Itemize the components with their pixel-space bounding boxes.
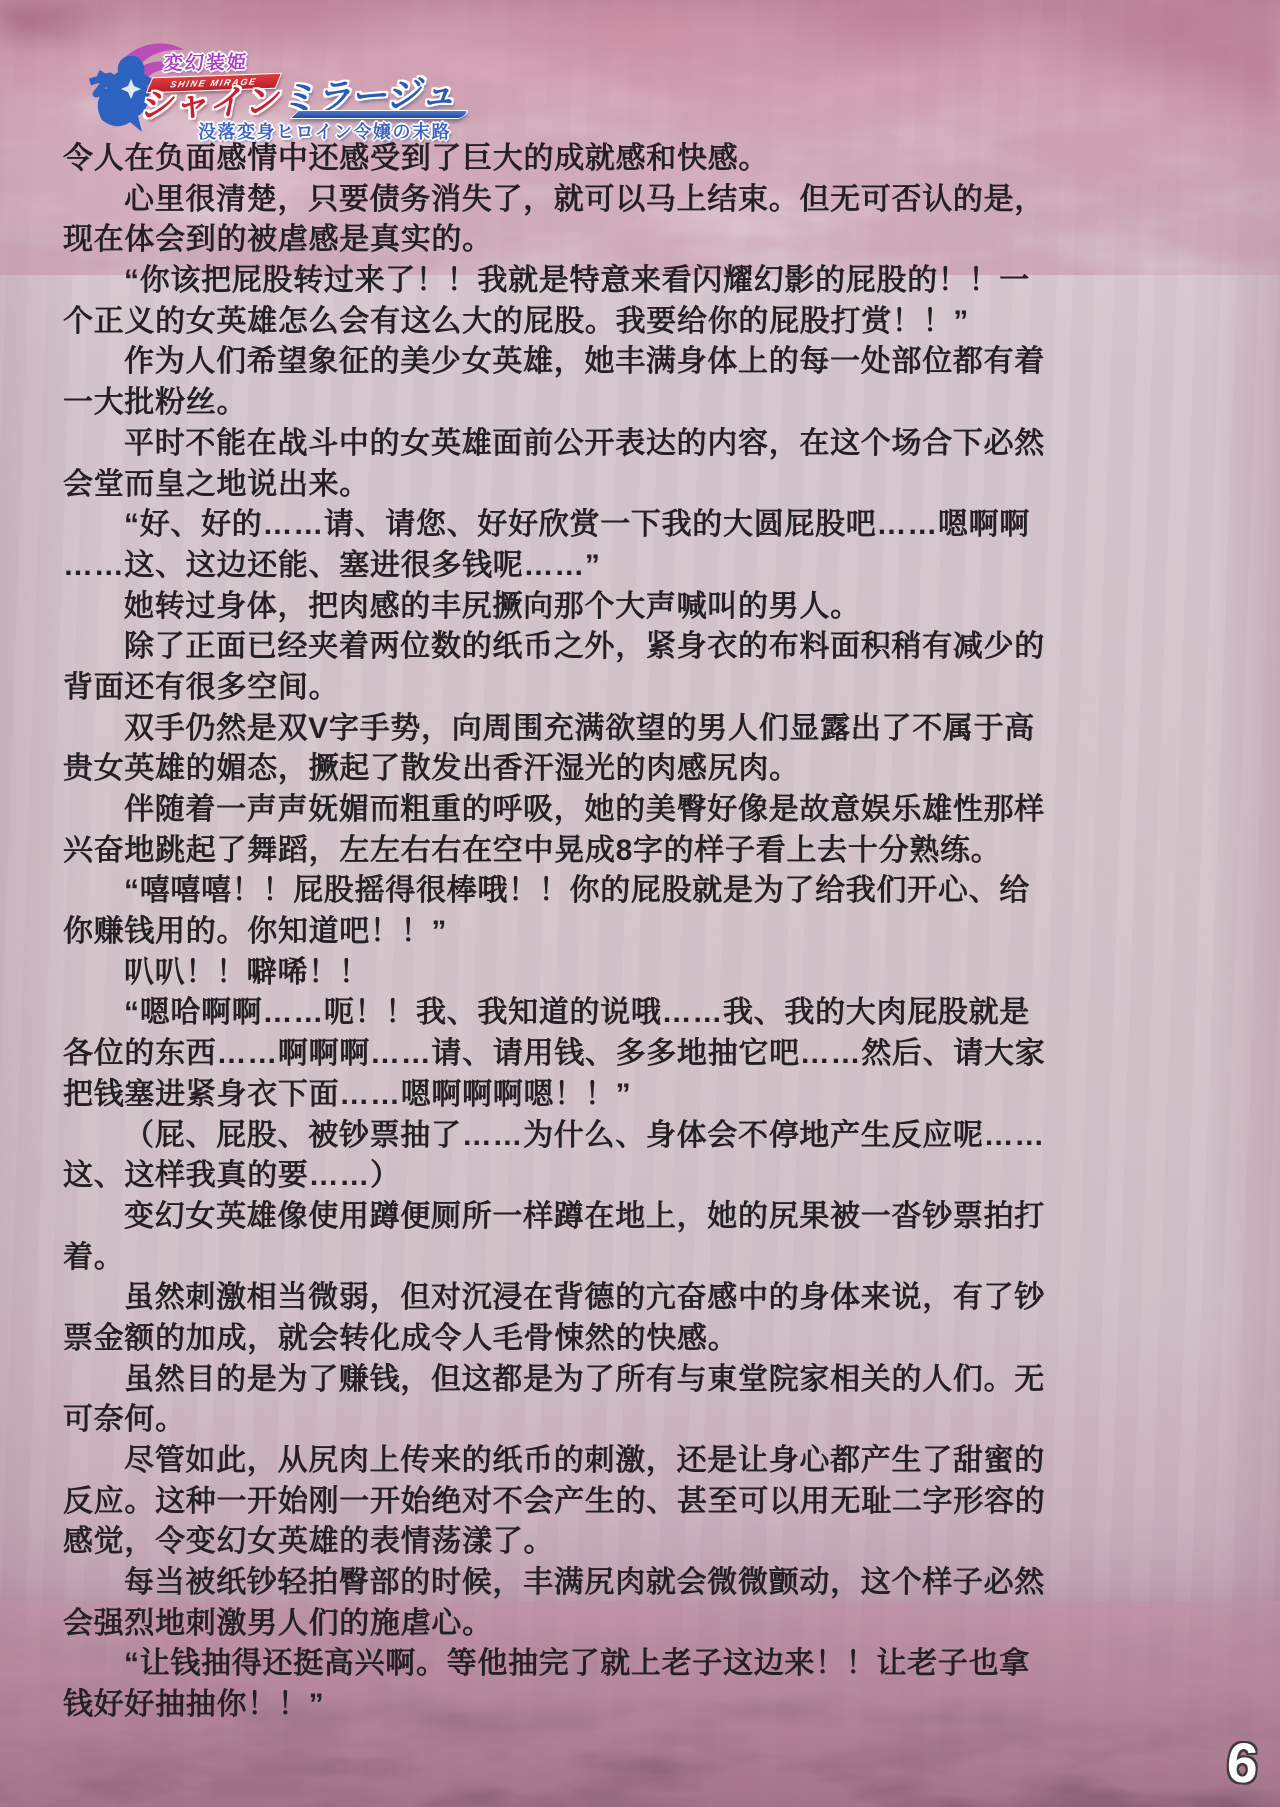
text-line: 贵女英雄的媚态，撅起了散发出香汗湿光的肉感尻肉。: [63, 749, 1228, 790]
text-line: 钱好好抽抽你！！”: [63, 1685, 1228, 1726]
novel-page: 変幻装姫 SHINE MIRAGE シャイン ミラージュ 没落変身ヒロイン令嬢の…: [0, 0, 1280, 1807]
text-line: 着。: [63, 1238, 1228, 1279]
series-logo: 変幻装姫 SHINE MIRAGE シャイン ミラージュ 没落変身ヒロイン令嬢の…: [88, 34, 488, 144]
text-line: ……这、这边还能、塞进很多钱呢……”: [63, 546, 1228, 587]
text-line: 各位的东西……啊啊啊……请、请用钱、多多地抽它吧……然后、请大家: [63, 1034, 1228, 1075]
text-line: 一大批粉丝。: [63, 383, 1228, 424]
text-line: 反应。这种一开始刚一开始绝对不会产生的、甚至可以用无耻二字形容的: [63, 1482, 1228, 1523]
text-line: “嗯哈啊啊……呃！！我、我知道的说哦……我、我的大肉屁股就是: [63, 993, 1228, 1034]
text-line: 伴随着一声声妩媚而粗重的呼吸，她的美臀好像是故意娱乐雄性那样: [63, 790, 1228, 831]
logo-kanji-title: 変幻装姫: [163, 47, 250, 75]
text-line: 虽然目的是为了赚钱，但这都是为了所有与東堂院家相关的人们。无: [63, 1360, 1228, 1401]
text-line: 这、这样我真的要……）: [63, 1156, 1228, 1197]
text-line: 把钱塞进紧身衣下面……嗯啊啊啊嗯！！”: [63, 1075, 1228, 1116]
text-line: 感觉，令变幻女英雄的表情荡漾了。: [63, 1522, 1228, 1563]
text-line: 变幻女英雄像使用蹲便厕所一样蹲在地上，她的尻果被一沓钞票拍打: [63, 1197, 1228, 1238]
text-line: 她转过身体，把肉感的丰尻撅向那个大声喊叫的男人。: [63, 587, 1228, 628]
text-line: 尽管如此，从尻肉上传来的纸币的刺激，还是让身心都产生了甜蜜的: [63, 1441, 1228, 1482]
text-line: 除了正面已经夹着两位数的纸币之外，紧身衣的布料面积稍有减少的: [63, 627, 1228, 668]
text-line: 会强烈地刺激男人们的施虐心。: [63, 1604, 1228, 1645]
text-line: 双手仍然是双V字手势，向周围充满欲望的男人们显露出了不属于高: [63, 709, 1228, 750]
text-line: 兴奋地跳起了舞蹈，左左右右在空中晃成8字的样子看上去十分熟练。: [63, 831, 1228, 872]
text-line: 作为人们希望象征的美少女英雄，她丰满身体上的每一处部位都有着: [63, 342, 1228, 383]
page-number: 6: [1225, 1729, 1261, 1796]
text-line: “你该把屁股转过来了！！我就是特意来看闪耀幻影的屁股的！！一: [63, 261, 1228, 302]
text-line: 心里很清楚，只要债务消失了，就可以马上结束。但无可否认的是，: [63, 180, 1228, 221]
text-line: （屁、屁股、被钞票抽了……为什么、身体会不停地产生反应呢……: [63, 1116, 1228, 1157]
text-line: 票金额的加成，就会转化成令人毛骨悚然的快感。: [63, 1319, 1228, 1360]
text-line: 每当被纸钞轻拍臀部的时候，丰满尻肉就会微微颤动，这个样子必然: [63, 1563, 1228, 1604]
text-line: 背面还有很多空间。: [63, 668, 1228, 709]
body-text: 令人在负面感情中还感受到了巨大的成就感和快感。心里很清楚，只要债务消失了，就可以…: [63, 139, 1228, 1726]
text-line: “嘻嘻嘻！！屁股摇得很棒哦！！你的屁股就是为了给我们开心、给: [63, 871, 1228, 912]
text-line: 你赚钱用的。你知道吧！！”: [63, 912, 1228, 953]
text-line: “让钱抽得还挺高兴啊。等他抽完了就上老子这边来！！让老子也拿: [63, 1644, 1228, 1685]
text-line: 平时不能在战斗中的女英雄面前公开表达的内容，在这个场合下必然: [63, 424, 1228, 465]
text-line: 叭叭！！噼唏！！: [63, 953, 1228, 994]
text-line: 现在体会到的被虐感是真实的。: [63, 220, 1228, 261]
text-line: 令人在负面感情中还感受到了巨大的成就感和快感。: [63, 139, 1228, 180]
text-line: 虽然刺激相当微弱，但对沉浸在背德的亢奋感中的身体来说，有了钞: [63, 1278, 1228, 1319]
text-line: 可奈何。: [63, 1400, 1228, 1441]
text-line: 个正义的女英雄怎么会有这么大的屁股。我要给你的屁股打赏！！”: [63, 302, 1228, 343]
text-line: “好、好的……请、请您、好好欣赏一下我的大圆屁股吧……嗯啊啊: [63, 505, 1228, 546]
text-line: 会堂而皇之地说出来。: [63, 465, 1228, 506]
